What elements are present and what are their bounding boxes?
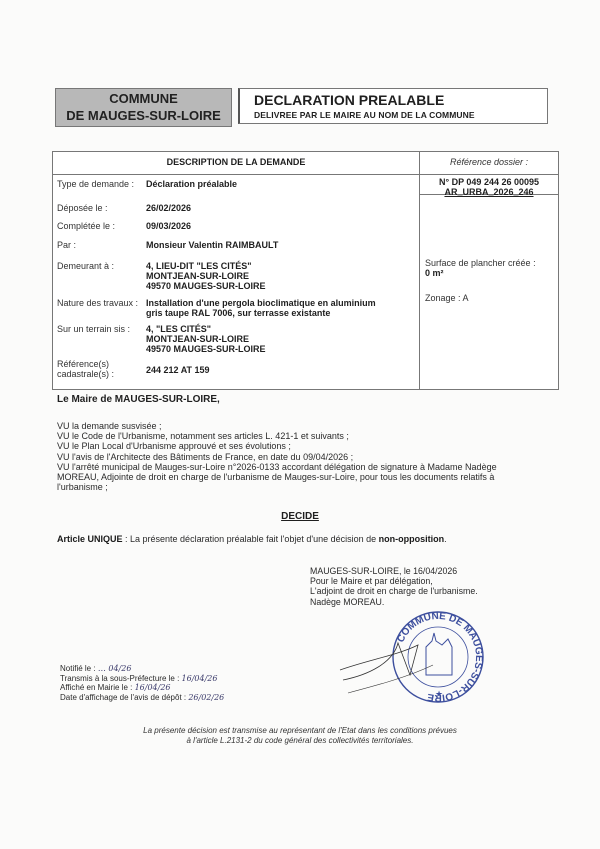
document-title: DECLARATION PREALABLE <box>254 92 547 108</box>
commune-line1: COMMUNE <box>56 90 231 107</box>
row-label: Sur un terrain sis : <box>57 324 141 334</box>
row-value: 26/02/2026 <box>146 203 426 213</box>
document-title-box: DECLARATION PREALABLE DELIVREE PAR LE MA… <box>238 88 548 124</box>
reference-number: N° DP 049 244 26 00095 AR_URBA_2026_246 <box>420 177 558 197</box>
visa-item: VU l'avis de l'Architecte des Bâtiments … <box>57 452 557 462</box>
row-label: Par : <box>57 240 141 250</box>
article-unique: Article UNIQUE : La présente déclaration… <box>57 534 447 544</box>
notifie-line: Notifié le : … 04/26 <box>60 664 224 674</box>
divider <box>53 174 558 175</box>
row-value: 244 212 AT 159 <box>146 365 426 375</box>
row-value: Déclaration préalable <box>146 179 426 189</box>
visa-item: VU le Plan Local d'Urbanisme approuvé et… <box>57 441 557 451</box>
zonage: Zonage : A <box>425 293 469 303</box>
depot-line: Date d'affichage de l'avis de dépôt : 26… <box>60 693 224 703</box>
row-label: Référence(s) cadastrale(s) : <box>57 359 141 379</box>
reference-header: Référence dossier : <box>420 157 558 167</box>
legal-footer: La présente décision est transmise au re… <box>0 726 600 746</box>
row-value: 4, LIEU-DIT "LES CITÉS" MONTJEAN-SUR-LOI… <box>146 261 426 291</box>
row-value: 09/03/2026 <box>146 221 426 231</box>
signature-block: MAUGES-SUR-LOIRE, le 16/04/2026 Pour le … <box>310 566 478 607</box>
row-label: Déposée le : <box>57 203 141 213</box>
commune-line2: DE MAUGES-SUR-LOIRE <box>56 107 231 124</box>
row-value: Installation d'une pergola bioclimatique… <box>146 298 436 318</box>
row-label: Type de demande : <box>57 179 141 189</box>
svg-text:★: ★ <box>435 689 443 699</box>
commune-stamp-icon: COMMUNE DE MAUGES-SUR-LOIRE ★ <box>338 605 488 705</box>
visa-item: MOREAU, Adjointe de droit en charge de l… <box>57 472 557 482</box>
reference-dp: N° DP 049 244 26 00095 <box>420 177 558 187</box>
document-subtitle: DELIVREE PAR LE MAIRE AU NOM DE LA COMMU… <box>254 110 547 120</box>
description-header: DESCRIPTION DE LA DEMANDE <box>53 157 419 167</box>
commune-header: COMMUNE DE MAUGES-SUR-LOIRE <box>55 88 232 127</box>
visa-item: VU l'arrêté municipal de Mauges-sur-Loir… <box>57 462 557 472</box>
row-label: Complétée le : <box>57 221 141 231</box>
row-label: Demeurant à : <box>57 261 141 271</box>
row-value: Monsieur Valentin RAIMBAULT <box>146 240 426 250</box>
description-table: DESCRIPTION DE LA DEMANDE Référence doss… <box>52 151 559 390</box>
transmis-line: Transmis à la sous-Préfecture le : 16/04… <box>60 674 224 684</box>
notification-block: Notifié le : … 04/26 Transmis à la sous-… <box>60 664 224 702</box>
row-label: Nature des travaux : <box>57 298 141 308</box>
surface-plancher: Surface de plancher créée : 0 m² <box>425 258 536 278</box>
affiche-line: Affiché en Mairie le : 16/04/26 <box>60 683 224 693</box>
decide-heading: DECIDE <box>0 511 600 522</box>
visa-item: VU le Code de l'Urbanisme, notamment ses… <box>57 431 557 441</box>
visas-list: VU la demande susvisée ; VU le Code de l… <box>57 421 557 492</box>
visa-item: VU la demande susvisée ; <box>57 421 557 431</box>
maire-heading: Le Maire de MAUGES-SUR-LOIRE, <box>57 394 220 405</box>
visa-item: l'urbanisme ; <box>57 482 557 492</box>
row-value: 4, "LES CITÉS" MONTJEAN-SUR-LOIRE 49570 … <box>146 324 426 354</box>
reference-ar: AR_URBA_2026_246 <box>420 187 558 197</box>
